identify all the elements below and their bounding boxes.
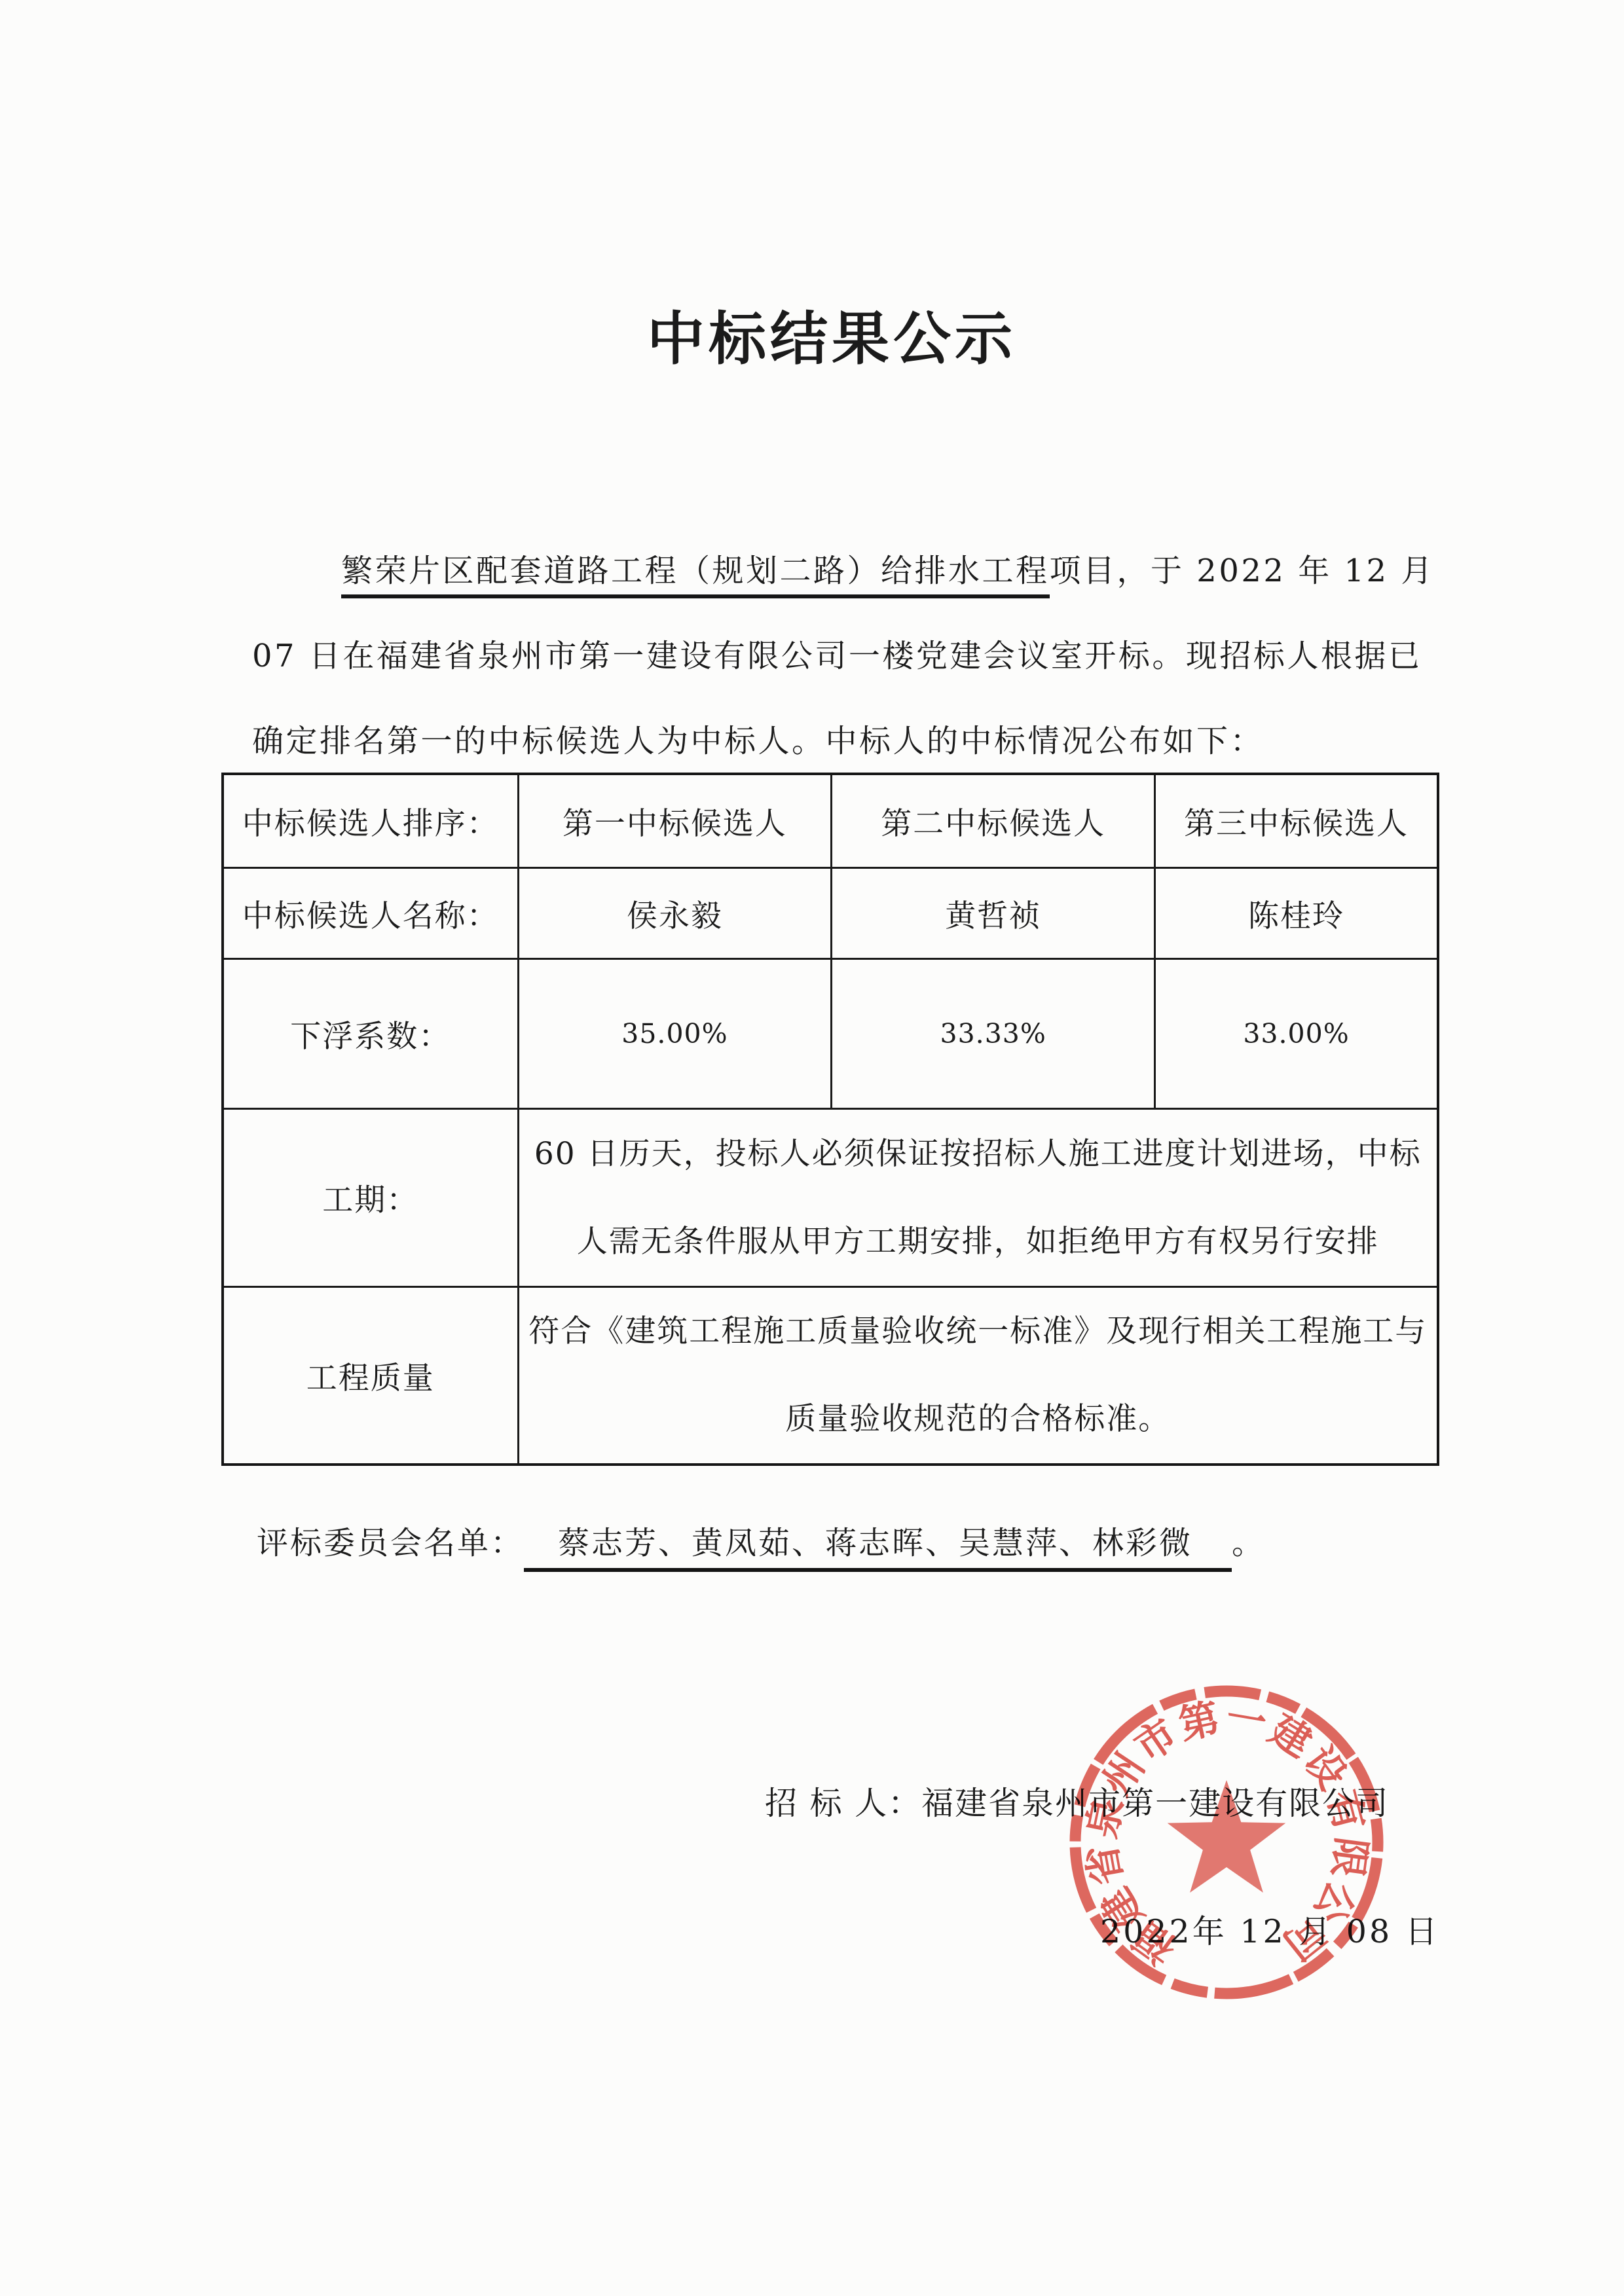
- candidate-1-discount: 35.00%: [518, 959, 832, 1109]
- candidate-3-discount: 33.00%: [1155, 959, 1438, 1109]
- table-row-quality: 工程质量 符合《建筑工程施工质量验收统一标准》及现行相关工程施工与 质量验收规范…: [223, 1287, 1438, 1465]
- bid-result-table: 中标候选人排序： 第一中标候选人 第二中标候选人 第三中标候选人 中标候选人名称…: [221, 773, 1439, 1466]
- table-row-rank: 中标候选人排序： 第一中标候选人 第二中标候选人 第三中标候选人: [223, 774, 1438, 868]
- rank-third: 第三中标候选人: [1155, 774, 1438, 868]
- signature-date: 2022年 12 月 08 日: [1100, 1906, 1440, 1952]
- candidate-2-name: 黄哲祯: [832, 868, 1155, 959]
- bidder-line: 招 标 人：福建省泉州市第一建设有限公司: [765, 1778, 1389, 1824]
- rank-second: 第二中标候选人: [832, 774, 1155, 868]
- name-row-label: 中标候选人名称：: [223, 868, 518, 959]
- seal-ring: [1063, 1679, 1390, 2006]
- quality-line-2: 质量验收规范的合格标准。: [528, 1376, 1428, 1463]
- intro-line-1: 繁荣片区配套道路工程（规划二路）给排水工程项目，于 2022 年 12 月: [252, 541, 1424, 626]
- table-row-names: 中标候选人名称： 侯永毅 黄哲祯 陈桂玲: [223, 868, 1438, 959]
- quality-line-1: 符合《建筑工程施工质量验收统一标准》及现行相关工程施工与: [528, 1288, 1428, 1376]
- duration-text-cell: 60 日历天，投标人必须保证按招标人施工进度计划进场，中标 人需无条件服从甲方工…: [518, 1109, 1438, 1287]
- duration-line-2: 人需无条件服从甲方工期安排，如拒绝甲方有权另行安排: [528, 1198, 1428, 1286]
- table-row-discount: 下浮系数： 35.00% 33.33% 33.00%: [223, 959, 1438, 1109]
- intro-paragraph: 繁荣片区配套道路工程（规划二路）给排水工程项目，于 2022 年 12 月 07…: [252, 541, 1424, 796]
- committee-label: 评标委员会名单：: [257, 1525, 524, 1561]
- committee-names: 蔡志芳、黄凤茹、蒋志晖、吴慧萍、林彩微: [524, 1525, 1232, 1572]
- candidate-2-discount: 33.33%: [832, 959, 1155, 1109]
- company-seal-stamp: 福建省泉州市第一建设有限公司: [1063, 1679, 1390, 2006]
- candidate-3-name: 陈桂玲: [1155, 868, 1438, 959]
- rank-row-label: 中标候选人排序：: [223, 774, 518, 868]
- project-name-underlined: 繁荣片区配套道路工程（规划二路）给排水工程: [341, 553, 1050, 598]
- committee-line: 评标委员会名单：蔡志芳、黄凤茹、蒋志晖、吴慧萍、林彩微。: [257, 1518, 1265, 1563]
- bidder-label: 招 标 人：: [765, 1785, 921, 1822]
- rank-first: 第一中标候选人: [518, 774, 832, 868]
- page-title: 中标结果公示: [223, 293, 1441, 376]
- quality-row-label: 工程质量: [223, 1287, 518, 1465]
- table-row-duration: 工期： 60 日历天，投标人必须保证按招标人施工进度计划进场，中标 人需无条件服…: [223, 1109, 1438, 1287]
- document-page: 中标结果公示 繁荣片区配套道路工程（规划二路）给排水工程项目，于 2022 年 …: [0, 0, 1624, 2296]
- intro-line-2: 07 日在福建省泉州市第一建设有限公司一楼党建会议室开标。现招标人根据已: [252, 626, 1424, 711]
- duration-row-label: 工期：: [223, 1109, 518, 1287]
- discount-row-label: 下浮系数：: [223, 959, 518, 1109]
- quality-text-cell: 符合《建筑工程施工质量验收统一标准》及现行相关工程施工与 质量验收规范的合格标准…: [518, 1287, 1438, 1465]
- committee-suffix: 。: [1232, 1525, 1265, 1561]
- intro-line-1-rest: 项目，于 2022 年 12 月: [1050, 553, 1435, 589]
- bidder-name: 福建省泉州市第一建设有限公司: [921, 1785, 1389, 1822]
- candidate-1-name: 侯永毅: [518, 868, 832, 959]
- duration-line-1: 60 日历天，投标人必须保证按招标人施工进度计划进场，中标: [528, 1110, 1428, 1198]
